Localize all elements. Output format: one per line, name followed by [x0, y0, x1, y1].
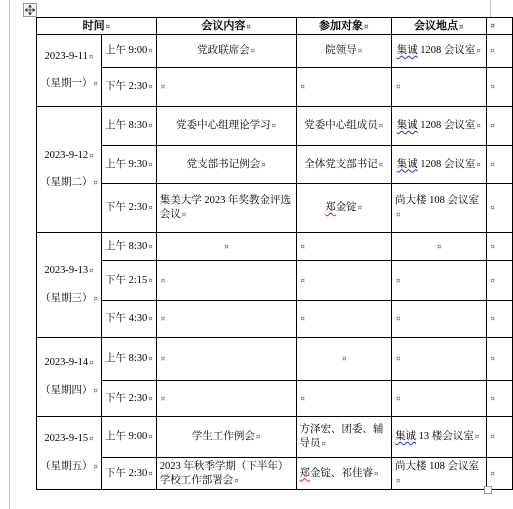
cell-text: 2023 年秋季学期（下半年）学校工作部署会 — [160, 461, 289, 486]
cell-end-mark: ¤ — [148, 315, 152, 323]
cell-text-flagged: 集诚 — [397, 159, 418, 170]
cell-end-mark: ¤ — [106, 23, 110, 31]
time-cell[interactable]: 下午 2:15¤ — [101, 261, 156, 301]
cell-end-mark: ¤ — [396, 83, 400, 91]
cell-end-mark: ¤ — [148, 355, 152, 363]
location-cell[interactable]: 集诚 1208 会议室¤ — [392, 35, 487, 68]
content-cell[interactable]: 党政联席会¤ — [156, 35, 296, 68]
schedule-row: 下午 2:15¤¤¤¤¤ — [37, 261, 513, 301]
participants-cell[interactable]: 郑金锭¤ — [296, 184, 391, 233]
cell-end-mark: ¤ — [379, 161, 383, 169]
time-cell[interactable]: 上午 9:00¤ — [101, 417, 156, 458]
weekday-label: （星期二）¤ — [40, 177, 98, 190]
content-cell[interactable]: ¤ — [156, 68, 296, 107]
row-end-mark-cell: ¤ — [486, 107, 513, 146]
content-cell[interactable]: 2023 年秋季学期（下半年）学校工作部署会¤ — [156, 458, 296, 490]
row-end-mark: ¤ — [491, 243, 495, 251]
cell-end-mark: ¤ — [94, 80, 98, 88]
cell-text: 党委中心组理论学习 — [176, 120, 271, 131]
cell-text-flagged: 集诚 — [397, 120, 418, 131]
cell-end-mark: ¤ — [224, 243, 228, 251]
cell-end-mark: ¤ — [301, 243, 305, 251]
cell-end-mark: ¤ — [322, 440, 326, 448]
cell-end-mark: ¤ — [148, 122, 152, 130]
cell-end-mark: ¤ — [161, 83, 165, 91]
weekday-label: （星期三）¤ — [40, 293, 98, 306]
cell-text: 13 楼会议室 — [416, 431, 474, 442]
date-cell[interactable]: 2023-9-11¤（星期一）¤ — [37, 35, 102, 107]
schedule-row: 上午 9:30¤党支部书记例会¤全体党支部书记¤集诚 1208 会议室¤¤ — [37, 146, 513, 184]
table-move-handle[interactable] — [23, 3, 37, 17]
row-end-mark: ¤ — [491, 161, 495, 169]
location-cell[interactable]: ¤ — [392, 338, 487, 381]
content-cell[interactable]: 学生工作例会¤ — [156, 417, 296, 458]
cell-end-mark: ¤ — [396, 211, 400, 219]
time-label: 上午 8:30 — [105, 120, 147, 131]
schedule-row: 2023-9-11¤（星期一）¤上午 9:00¤党政联席会¤院领导¤集诚 120… — [37, 35, 513, 68]
cell-text: 党政联席会 — [197, 45, 250, 56]
cell-end-mark: ¤ — [148, 47, 152, 55]
header-location[interactable]: 会议地点¤ — [392, 18, 487, 35]
cell-end-mark: ¤ — [148, 83, 152, 91]
cell-end-mark: ¤ — [148, 277, 152, 285]
date-label: 2023-9-13¤ — [40, 265, 98, 278]
date-label: 2023-9-15¤ — [40, 433, 98, 446]
cell-end-mark: ¤ — [256, 433, 260, 441]
row-end-mark-cell: ¤ — [486, 18, 513, 35]
cell-end-mark: ¤ — [358, 47, 362, 55]
cell-end-mark: ¤ — [342, 355, 346, 363]
date-cell[interactable]: 2023-9-14¤（星期四）¤ — [37, 338, 102, 417]
header-content-label: 会议内容 — [201, 20, 245, 32]
cell-text: 1208 会议室 — [418, 45, 476, 56]
cell-end-mark: ¤ — [301, 395, 305, 403]
row-end-mark: ¤ — [491, 277, 495, 285]
weekday-label: （星期一）¤ — [40, 78, 98, 91]
schedule-row: 2023-9-15¤（星期五）¤上午 9:00¤学生工作例会¤方泽宏、团委、辅导… — [37, 417, 513, 458]
cell-end-mark: ¤ — [437, 243, 441, 251]
cell-text: 金锭 — [336, 202, 357, 213]
row-end-mark: ¤ — [491, 433, 495, 441]
time-label: 上午 9:30 — [105, 159, 147, 170]
cell-text: 院领导 — [325, 45, 357, 56]
cell-end-mark: ¤ — [94, 387, 98, 395]
time-cell[interactable]: 下午 2:30¤ — [101, 458, 156, 490]
cell-end-mark: ¤ — [89, 267, 93, 275]
time-label: 下午 4:30 — [105, 313, 147, 324]
cell-text-flagged: 集诚 — [395, 431, 416, 442]
cell-text: 党支部书记例会 — [187, 159, 261, 170]
participants-cell[interactable]: 郑金锭、祁佳睿¤ — [296, 458, 391, 490]
cell-text: 党委中心组成员 — [304, 120, 378, 131]
cell-end-mark: ¤ — [476, 122, 480, 130]
row-end-mark: ¤ — [491, 122, 495, 130]
row-end-mark-cell: ¤ — [486, 458, 513, 490]
cell-end-mark: ¤ — [301, 315, 305, 323]
participants-cell[interactable]: ¤ — [296, 68, 391, 107]
header-content[interactable]: 会议内容¤ — [156, 18, 296, 35]
row-end-mark: ¤ — [491, 395, 495, 403]
time-label: 下午 2:30 — [105, 393, 147, 404]
cell-end-mark: ¤ — [358, 204, 362, 212]
cell-text: 全体党支部书记 — [304, 159, 378, 170]
cell-end-mark: ¤ — [148, 161, 152, 169]
row-end-mark-cell: ¤ — [486, 417, 513, 458]
schedule-row: 下午 4:30¤¤¤¤¤ — [37, 301, 513, 338]
row-end-mark-cell: ¤ — [486, 146, 513, 184]
cell-end-mark: ¤ — [94, 295, 98, 303]
cell-text: 集美大学 2023 年奖教金评选会议 — [160, 195, 291, 220]
schedule-row: 下午 2:30¤¤¤¤¤ — [37, 381, 513, 417]
time-label: 下午 2:30 — [105, 202, 147, 213]
schedule-row: 2023-9-14¤（星期四）¤上午 8:30¤¤¤¤¤ — [37, 338, 513, 381]
time-label: 上午 9:00 — [105, 45, 147, 56]
cell-end-mark: ¤ — [89, 359, 93, 367]
table-resize-handle[interactable] — [484, 486, 492, 494]
time-label: 下午 2:15 — [105, 275, 147, 286]
participants-cell[interactable]: ¤ — [296, 381, 391, 417]
cell-end-mark: ¤ — [161, 315, 165, 323]
row-end-mark-cell: ¤ — [486, 35, 513, 68]
row-end-mark: ¤ — [491, 355, 495, 363]
location-cell[interactable]: 尚大楼 108 会议室¤ — [392, 184, 487, 233]
location-cell[interactable]: ¤ — [392, 233, 487, 261]
cell-end-mark: ¤ — [148, 433, 152, 441]
table-header-row: 时间¤ 会议内容¤ 参加对象¤ 会议地点¤ ¤ — [37, 18, 513, 35]
cell-end-mark: ¤ — [476, 47, 480, 55]
cell-text: 方泽宏、团委、辅导员 — [300, 424, 384, 449]
schedule-row: 下午 2:30¤集美大学 2023 年奖教金评选会议¤郑金锭¤尚大楼 108 会… — [37, 184, 513, 233]
header-time[interactable]: 时间¤ — [37, 18, 157, 35]
content-cell[interactable]: 党支部书记例会¤ — [156, 146, 296, 184]
cell-end-mark: ¤ — [396, 477, 400, 485]
header-participants[interactable]: 参加对象¤ — [296, 18, 391, 35]
header-participants-label: 参加对象 — [319, 20, 363, 32]
cell-end-mark: ¤ — [476, 161, 480, 169]
schedule-row: 2023-9-12¤（星期二）¤上午 8:30¤党委中心组理论学习¤党委中心组成… — [37, 107, 513, 146]
content-cell[interactable]: ¤ — [156, 381, 296, 417]
time-cell[interactable]: 上午 9:30¤ — [101, 146, 156, 184]
cell-end-mark: ¤ — [459, 23, 463, 31]
date-label: 2023-9-14¤ — [40, 357, 98, 370]
cell-end-mark: ¤ — [364, 23, 368, 31]
cell-end-mark: ¤ — [396, 277, 400, 285]
weekday-label: （星期五）¤ — [40, 461, 98, 474]
time-label: 下午 2:30 — [105, 468, 147, 479]
text-boundary-corner-vertical — [490, 0, 491, 17]
row-end-mark-cell: ¤ — [486, 301, 513, 338]
row-end-mark: ¤ — [491, 470, 495, 478]
participants-cell[interactable]: 方泽宏、团委、辅导员¤ — [296, 417, 391, 458]
participants-cell[interactable]: ¤ — [296, 261, 391, 301]
cell-end-mark: ¤ — [161, 355, 165, 363]
location-cell[interactable]: ¤ — [392, 68, 487, 107]
date-label: 2023-9-12¤ — [40, 150, 98, 163]
cell-end-mark: ¤ — [148, 470, 152, 478]
cell-text: 1208 会议室 — [418, 120, 476, 131]
cell-end-mark: ¤ — [94, 463, 98, 471]
meeting-schedule-table: 时间¤ 会议内容¤ 参加对象¤ 会议地点¤ ¤ 2023-9-11¤（星期一）¤… — [36, 17, 513, 490]
cell-end-mark: ¤ — [374, 470, 378, 478]
location-cell[interactable]: 集诚 13 楼会议室¤ — [392, 417, 487, 458]
location-cell[interactable]: ¤ — [392, 381, 487, 417]
cell-end-mark: ¤ — [475, 433, 479, 441]
cell-end-mark: ¤ — [379, 122, 383, 130]
cell-end-mark: ¤ — [234, 477, 238, 485]
cell-end-mark: ¤ — [301, 277, 305, 285]
time-label: 上午 8:30 — [105, 241, 147, 252]
row-end-mark-cell: ¤ — [486, 338, 513, 381]
schedule-row: 下午 2:30¤2023 年秋季学期（下半年）学校工作部署会¤郑金锭、祁佳睿¤尚… — [37, 458, 513, 490]
content-cell[interactable]: ¤ — [156, 233, 296, 261]
cell-end-mark: ¤ — [251, 47, 255, 55]
row-end-mark-cell: ¤ — [486, 184, 513, 233]
participants-cell[interactable]: 党委中心组成员¤ — [296, 107, 391, 146]
row-end-mark: ¤ — [491, 315, 495, 323]
weekday-label: （星期四）¤ — [40, 385, 98, 398]
cell-end-mark: ¤ — [161, 277, 165, 285]
date-cell[interactable]: 2023-9-12¤（星期二）¤ — [37, 107, 102, 233]
content-cell[interactable]: 党委中心组理论学习¤ — [156, 107, 296, 146]
row-end-mark: ¤ — [491, 22, 495, 30]
cell-end-mark: ¤ — [89, 435, 93, 443]
content-cell[interactable]: 集美大学 2023 年奖教金评选会议¤ — [156, 184, 296, 233]
cell-end-mark: ¤ — [148, 395, 152, 403]
content-cell[interactable]: ¤ — [156, 261, 296, 301]
cell-text-flagged: 郑 — [300, 468, 311, 479]
page-left-boundary-line — [9, 0, 10, 509]
schedule-row: 下午 2:30¤¤¤¤¤ — [37, 68, 513, 107]
cell-text: 尚大楼 108 会议室 — [395, 195, 479, 206]
row-end-mark: ¤ — [491, 204, 495, 212]
location-cell[interactable]: 尚大楼 108 会议室¤ — [392, 458, 487, 490]
cell-text-flagged: 郑 — [325, 202, 336, 213]
location-cell[interactable]: 集诚 1208 会议室¤ — [392, 146, 487, 184]
participants-cell[interactable]: ¤ — [296, 233, 391, 261]
time-cell[interactable]: 上午 8:30¤ — [101, 107, 156, 146]
schedule-row: 2023-9-13¤（星期三）¤上午 8:30¤¤¤¤¤ — [37, 233, 513, 261]
location-cell[interactable]: 集诚 1208 会议室¤ — [392, 107, 487, 146]
cell-end-mark: ¤ — [161, 395, 165, 403]
time-cell[interactable]: 下午 4:30¤ — [101, 301, 156, 338]
row-end-mark-cell: ¤ — [486, 381, 513, 417]
location-cell[interactable]: ¤ — [392, 301, 487, 338]
time-cell[interactable]: 上午 9:00¤ — [101, 35, 156, 68]
row-end-mark-cell: ¤ — [486, 261, 513, 301]
cell-end-mark: ¤ — [148, 204, 152, 212]
participants-cell[interactable]: 院领导¤ — [296, 35, 391, 68]
cell-end-mark: ¤ — [301, 83, 305, 91]
cell-text-flagged: 集诚 — [397, 45, 418, 56]
cell-end-mark: ¤ — [89, 152, 93, 160]
header-location-label: 会议地点 — [414, 20, 458, 32]
participants-cell[interactable]: ¤ — [296, 301, 391, 338]
cell-end-mark: ¤ — [182, 211, 186, 219]
cell-end-mark: ¤ — [396, 395, 400, 403]
date-cell[interactable]: 2023-9-13¤（星期三）¤ — [37, 233, 102, 338]
cell-text: 金锭、祁佳睿 — [310, 468, 373, 479]
time-cell[interactable]: 上午 8:30¤ — [101, 338, 156, 381]
time-label: 下午 2:30 — [105, 81, 147, 92]
time-cell[interactable]: 下午 2:30¤ — [101, 381, 156, 417]
time-cell[interactable]: 下午 2:30¤ — [101, 68, 156, 107]
row-end-mark-cell: ¤ — [486, 233, 513, 261]
time-cell[interactable]: 上午 8:30¤ — [101, 233, 156, 261]
four-way-arrow-icon — [25, 5, 35, 15]
participants-cell[interactable]: ¤ — [296, 338, 391, 381]
participants-cell[interactable]: 全体党支部书记¤ — [296, 146, 391, 184]
cell-end-mark: ¤ — [94, 179, 98, 187]
location-cell[interactable]: ¤ — [392, 261, 487, 301]
content-cell[interactable]: ¤ — [156, 301, 296, 338]
row-end-mark-cell: ¤ — [486, 68, 513, 107]
time-label: 上午 9:00 — [105, 431, 147, 442]
time-label: 上午 8:30 — [105, 353, 147, 364]
date-cell[interactable]: 2023-9-15¤（星期五）¤ — [37, 417, 102, 490]
cell-end-mark: ¤ — [396, 315, 400, 323]
row-end-mark: ¤ — [491, 83, 495, 91]
header-time-label: 时间 — [83, 20, 105, 32]
cell-end-mark: ¤ — [272, 122, 276, 130]
cell-end-mark: ¤ — [89, 53, 93, 61]
cell-end-mark: ¤ — [261, 161, 265, 169]
cell-text: 1208 会议室 — [418, 159, 476, 170]
cell-end-mark: ¤ — [148, 243, 152, 251]
cell-text: 学生工作例会 — [192, 431, 255, 442]
time-cell[interactable]: 下午 2:30¤ — [101, 184, 156, 233]
date-label: 2023-9-11¤ — [40, 51, 98, 64]
content-cell[interactable]: ¤ — [156, 338, 296, 381]
row-end-mark: ¤ — [491, 47, 495, 55]
cell-text: 尚大楼 108 会议室 — [395, 461, 479, 472]
cell-end-mark: ¤ — [246, 23, 250, 31]
cell-end-mark: ¤ — [396, 355, 400, 363]
